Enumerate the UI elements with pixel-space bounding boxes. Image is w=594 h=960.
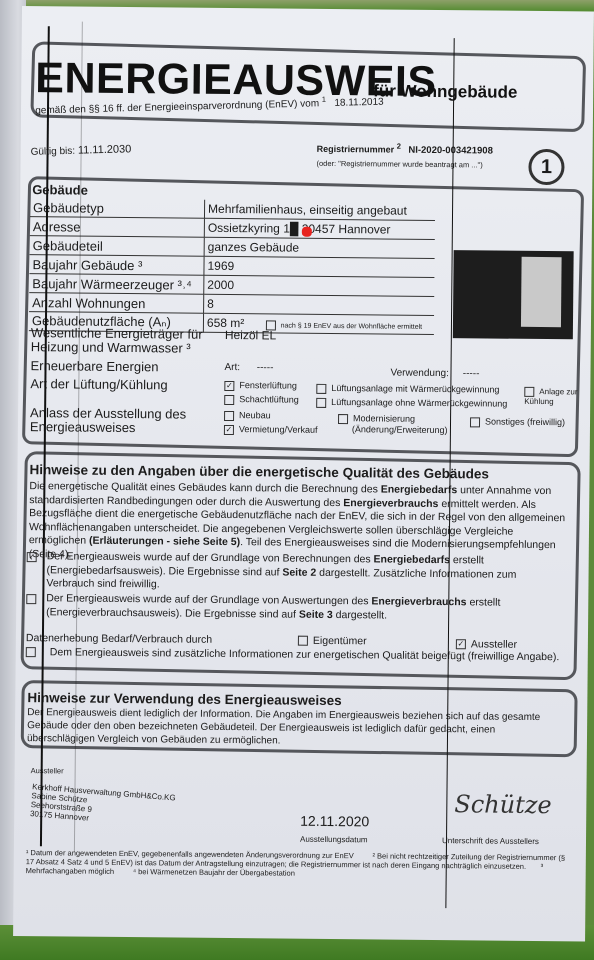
issue-date-label: Ausstellungsdatum: [300, 835, 368, 845]
reason-option[interactable]: Modernisierung(Änderung/Erweiterung): [338, 413, 448, 435]
checkbox-checked-icon: ✓: [224, 425, 234, 435]
ventilation-option[interactable]: Lüftungsanlage ohne Wärmerückgewinnung: [316, 397, 507, 409]
energy-carrier-label: Wesentliche Energieträger für Heizung un…: [31, 326, 203, 356]
checkbox-icon: [470, 417, 480, 427]
energy-certificate-page: ENERGIEAUSWEIS für Wohngebäude gemäß den…: [13, 6, 594, 941]
option-demand[interactable]: ✓ Der Energieausweis wurde auf der Grund…: [26, 550, 566, 596]
checkbox-icon: [224, 411, 234, 421]
registration: Registriernummer 2 NI-2020-003421908: [317, 141, 493, 157]
checkbox-checked-icon: ✓: [27, 552, 37, 562]
checkbox-icon: [224, 395, 234, 405]
checkbox-icon: [26, 647, 36, 657]
footnotes: ¹ Datum der angewendeten EnEV, gegebenen…: [26, 848, 574, 880]
issue-date: 12.11.2020: [300, 813, 369, 830]
ventilation-option[interactable]: Schachtlüftung: [224, 394, 299, 405]
checkbox-icon: [524, 387, 534, 397]
building-photo: [453, 250, 574, 339]
checkbox-icon: [298, 636, 308, 646]
renewable-use: Verwendung: -----: [390, 368, 479, 380]
document-subtitle: für Wohngebäude: [373, 81, 517, 102]
renewable-art: Art: -----: [224, 362, 273, 373]
data-collection-label: Datenerhebung Bedarf/Verbrauch durch: [26, 632, 212, 647]
energy-carrier-value: Heizöl EL: [225, 328, 276, 342]
ventilation-option[interactable]: Anlage zur Kühlung: [524, 387, 584, 407]
signature: Schütze: [454, 790, 552, 819]
usage-text: Der Energieausweis dient lediglich der I…: [27, 706, 561, 750]
issuer-label: Aussteller: [31, 766, 64, 775]
checkbox-icon: [338, 414, 348, 424]
issuer-address: Kerkhoff Hausverwaltung GmbH&Co.KG Sabin…: [30, 782, 176, 829]
option-consumption[interactable]: Der Energieausweis wurde auf der Grundla…: [26, 592, 566, 624]
reason-option[interactable]: Neubau: [224, 410, 271, 421]
regulation-date: 18.11.2013: [334, 97, 384, 109]
ventilation-option[interactable]: ✓Fensterlüftung: [224, 380, 297, 391]
area-checkbox[interactable]: nach § 19 EnEV aus der Wohnfläche ermitt…: [266, 322, 423, 331]
checkbox-checked-icon: ✓: [456, 639, 466, 649]
ventilation-option[interactable]: Lüftungsanlage mit Wärmerückgewinnung: [316, 383, 499, 395]
page-number-badge: 1: [528, 149, 564, 185]
checkbox-checked-icon: ✓: [224, 381, 234, 391]
reason-label: Anlass der Ausstellung des Energieauswei…: [30, 406, 186, 435]
checkbox-icon: [26, 594, 36, 604]
checkbox-icon: [316, 383, 326, 393]
registration-alt: (oder: "Registriernummer wurde beantragt…: [316, 159, 482, 170]
redaction-mark: [302, 227, 312, 237]
checkbox-icon: [316, 397, 326, 407]
ventilation-label: Art der Lüftung/Kühlung: [30, 376, 167, 392]
reason-option[interactable]: ✓Vermietung/Verkauf: [224, 424, 318, 436]
reason-option[interactable]: Sonstiges (freiwillig): [470, 416, 565, 428]
owner-checkbox[interactable]: Eigentümer: [298, 635, 367, 649]
building-table: GebäudetypMehrfamilienhaus, einseitig an…: [29, 198, 435, 335]
registration-number: NI-2020-003421908: [408, 145, 493, 157]
renewable-label: Erneuerbare Energien: [30, 358, 158, 374]
signature-label: Unterschrift des Ausstellers: [442, 836, 539, 846]
